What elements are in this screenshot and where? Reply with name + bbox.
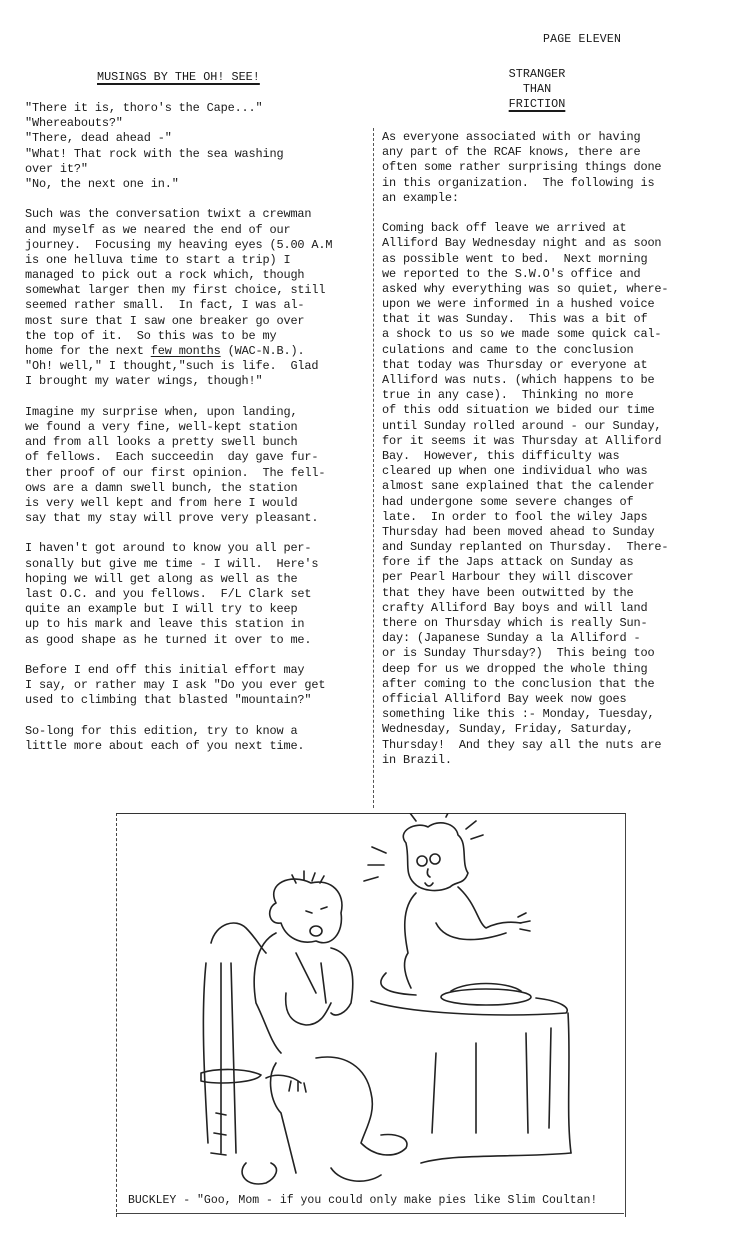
left-article-line: and myself as we neared the end of our [25,223,370,238]
right-article-line: cleared up when one individual who was [382,464,732,479]
right-article-line: almost sane explained that the calender [382,479,732,494]
left-article-line: So-long for this edition, try to know a [25,724,370,739]
right-article-line: in this organization. The following is [382,176,732,191]
cartoon-illustration [116,813,624,1193]
left-article-line: seemed rather small. In fact, I was al- [25,298,370,313]
right-article-line: Alliford Bay Wednesday night and as soon [382,236,732,251]
left-article-body: "There it is, thoro's the Cape...""Where… [25,101,370,754]
left-article-line: ther proof of our first opinion. The fel… [25,466,370,481]
right-article-line: until Sunday rolled around - our Sunday, [382,419,732,434]
left-article-line: "Whereabouts?" [25,116,370,131]
paragraph-gap [25,648,370,663]
right-title-line-1: STRANGER [493,67,581,82]
left-article-line: of fellows. Each succeedin day gave fur- [25,450,370,465]
right-article-line: for it seems it was Thursday at Alliford [382,434,732,449]
right-article-line: that today was Thursday or everyone at [382,358,732,373]
left-article-line: we found a very fine, well-kept station [25,420,370,435]
left-article-line: managed to pick out a rock which, though [25,268,370,283]
right-article-line: fore if the Japs attack on Sunday as [382,555,732,570]
paragraph-gap [382,206,732,221]
right-article-body: As everyone associated with or havingany… [382,130,732,768]
right-article-line: culations and came to the conclusion [382,343,732,358]
left-article-line: as good shape as he turned it over to me… [25,633,370,648]
caption-rule [116,1213,624,1214]
left-article-line: somewhat larger then my first choice, st… [25,283,370,298]
left-article-line: "No, the next one in." [25,177,370,192]
right-article-line: as possible went to bed. Next morning [382,252,732,267]
paragraph-gap [25,709,370,724]
left-article-line: most sure that I saw one breaker go over [25,314,370,329]
left-article-line: hoping we will get along as well as the [25,572,370,587]
left-article-line: and from all looks a pretty swell bunch [25,435,370,450]
right-article-line: we reported to the S.W.O's office and [382,267,732,282]
right-article-line: asked why everything was so quiet, where… [382,282,732,297]
right-article-line: day: (Japanese Sunday a la Alliford - [382,631,732,646]
left-article-title: MUSINGS BY THE OH! SEE! [97,70,260,84]
right-article-line: an example: [382,191,732,206]
right-article-line: crafty Alliford Bay boys and will land [382,601,732,616]
left-article-line: I brought my water wings, though!" [25,374,370,389]
left-article-line: the top of it. So this was to be my [25,329,370,344]
right-article-line: true in any case). Thinking no more [382,388,732,403]
right-article-line: any part of the RCAF knows, there are [382,145,732,160]
right-article-line: Wednesday, Sunday, Friday, Saturday, [382,722,732,737]
right-article-line: Alliford was nuts. (which happens to be [382,373,732,388]
left-article-line: Before I end off this initial effort may [25,663,370,678]
right-article-line: had undergone some severe changes of [382,495,732,510]
left-article-line: quite an example but I will try to keep [25,602,370,617]
left-article-line: "There, dead ahead -" [25,131,370,146]
left-article-line: Such was the conversation twixt a crewma… [25,207,370,222]
right-article-line: official Alliford Bay week now goes [382,692,732,707]
paragraph-gap [25,390,370,405]
left-article-line: I haven't got around to know you all per… [25,541,370,556]
left-article-line: "Oh! well," I thought,"such is life. Gla… [25,359,370,374]
left-article-line: Imagine my surprise when, upon landing, [25,405,370,420]
right-article-line: and Sunday replanted on Thursday. There- [382,540,732,555]
right-article-line: there on Thursday which is really Sun- [382,616,732,631]
column-divider [373,128,374,808]
left-article-line: home for the next few months (WAC-N.B.). [25,344,370,359]
left-article-line: is one helluva time to start a trip) I [25,253,370,268]
right-article-line: late. In order to fool the wiley Japs [382,510,732,525]
cartoon-caption: BUCKLEY - "Goo, Mom - if you could only … [128,1194,597,1207]
right-article-line: that they have been outwitted by the [382,586,732,601]
left-article-line: "There it is, thoro's the Cape..." [25,101,370,116]
right-title-line-3: FRICTION [493,97,581,112]
left-article-line: little more about each of you next time. [25,739,370,754]
paragraph-gap [25,526,370,541]
left-article-line: sonally but give me time - I will. Here'… [25,557,370,572]
right-article-line: after coming to the conclusion that the [382,677,732,692]
left-article-line: journey. Focusing my heaving eyes (5.00 … [25,238,370,253]
right-article-line: a shock to us so we made some quick cal- [382,327,732,342]
right-article-line: deep for us we dropped the whole thing [382,662,732,677]
left-article-line: up to his mark and leave this station in [25,617,370,632]
page-number: PAGE ELEVEN [543,33,621,46]
right-article-line: something like this :- Monday, Tuesday, [382,707,732,722]
left-article-line: say that my stay will prove very pleasan… [25,511,370,526]
right-article-line: Thursday had been moved ahead to Sunday [382,525,732,540]
right-article-title: STRANGER THAN FRICTION [493,67,581,112]
left-article-line: ows are a damn swell bunch, the station [25,481,370,496]
left-article-line: is very well kept and from here I would [25,496,370,511]
right-article-line: upon we were informed in a hushed voice [382,297,732,312]
left-article-line: used to climbing that blasted "mountain?… [25,693,370,708]
right-article-line: As everyone associated with or having [382,130,732,145]
left-article-line: over it?" [25,162,370,177]
left-article-line: "What! That rock with the sea washing [25,147,370,162]
right-article-line: Coming back off leave we arrived at [382,221,732,236]
right-article-line: often some rather surprising things done [382,160,732,175]
right-title-line-2: THAN [493,82,581,97]
right-article-line: or is Sunday Thursday?) This being too [382,646,732,661]
left-article-line: I say, or rather may I ask "Do you ever … [25,678,370,693]
right-article-line: Bay. However, this difficulty was [382,449,732,464]
paragraph-gap [25,192,370,207]
left-article-line: last O.C. and you fellows. F/L Clark set [25,587,370,602]
right-article-line: per Pearl Harbour they will discover [382,570,732,585]
right-article-line: that it was Sunday. This was a bit of [382,312,732,327]
right-article-line: in Brazil. [382,753,732,768]
right-article-line: of this odd situation we bided our time [382,403,732,418]
right-article-line: Thursday! And they say all the nuts are [382,738,732,753]
